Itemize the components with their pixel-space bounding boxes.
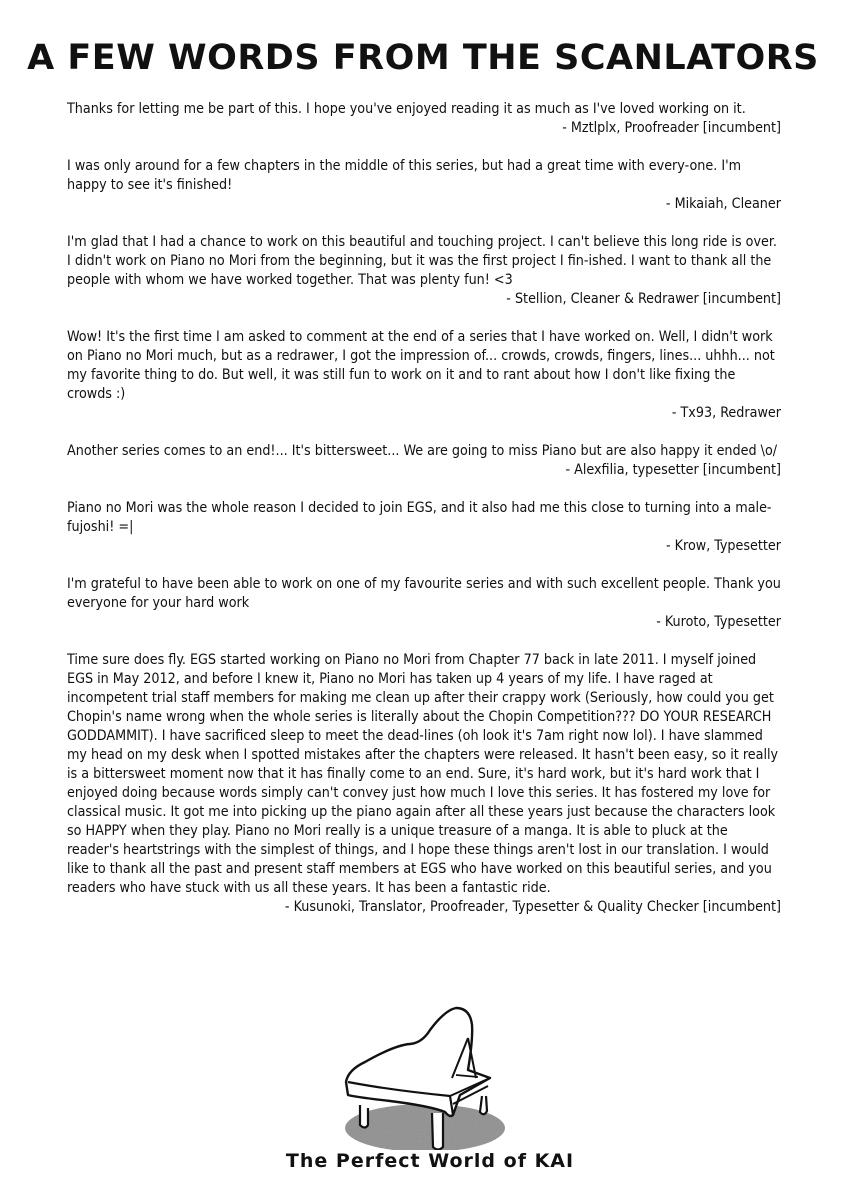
- note-body: Piano no Mori was the whole reason I dec…: [67, 499, 781, 537]
- note-signature: - Stellion, Cleaner & Redrawer [incumben…: [67, 290, 781, 309]
- note-kusunoki: Time sure does fly. EGS started working …: [67, 651, 781, 917]
- note-mztlplx: Thanks for letting me be part of this. I…: [67, 100, 781, 138]
- note-body: I'm grateful to have been able to work o…: [67, 575, 781, 613]
- series-logo: The Perfect World of KAI: [270, 1000, 590, 1190]
- logo-text: The Perfect World of KAI: [270, 1150, 590, 1172]
- note-signature: - Tx93, Redrawer: [67, 404, 781, 423]
- note-alexfilia: Another series comes to an end!... It's …: [67, 442, 781, 480]
- note-signature: - Kusunoki, Translator, Proofreader, Typ…: [67, 898, 781, 917]
- note-body: Wow! It's the first time I am asked to c…: [67, 328, 781, 404]
- note-kuroto: I'm grateful to have been able to work o…: [67, 575, 781, 632]
- note-krow: Piano no Mori was the whole reason I dec…: [67, 499, 781, 556]
- scanlator-notes: Thanks for letting me be part of this. I…: [67, 100, 781, 917]
- note-body: Time sure does fly. EGS started working …: [67, 651, 781, 898]
- note-signature: - Krow, Typesetter: [67, 537, 781, 556]
- note-signature: - Mikaiah, Cleaner: [67, 195, 781, 214]
- note-body: I was only around for a few chapters in …: [67, 157, 781, 195]
- note-body: Another series comes to an end!... It's …: [67, 442, 781, 461]
- note-body: I'm glad that I had a chance to work on …: [67, 233, 781, 290]
- note-signature: - Alexfilia, typesetter [incumbent]: [67, 461, 781, 480]
- note-tx93: Wow! It's the first time I am asked to c…: [67, 328, 781, 423]
- note-body: Thanks for letting me be part of this. I…: [67, 100, 781, 119]
- grand-piano-icon: [270, 1000, 590, 1150]
- note-stellion: I'm glad that I had a chance to work on …: [67, 233, 781, 309]
- note-signature: - Kuroto, Typesetter: [67, 613, 781, 632]
- note-mikaiah: I was only around for a few chapters in …: [67, 157, 781, 214]
- note-signature: - Mztlplx, Proofreader [incumbent]: [67, 119, 781, 138]
- page-title: A FEW WORDS FROM THE SCANLATORS: [0, 38, 846, 78]
